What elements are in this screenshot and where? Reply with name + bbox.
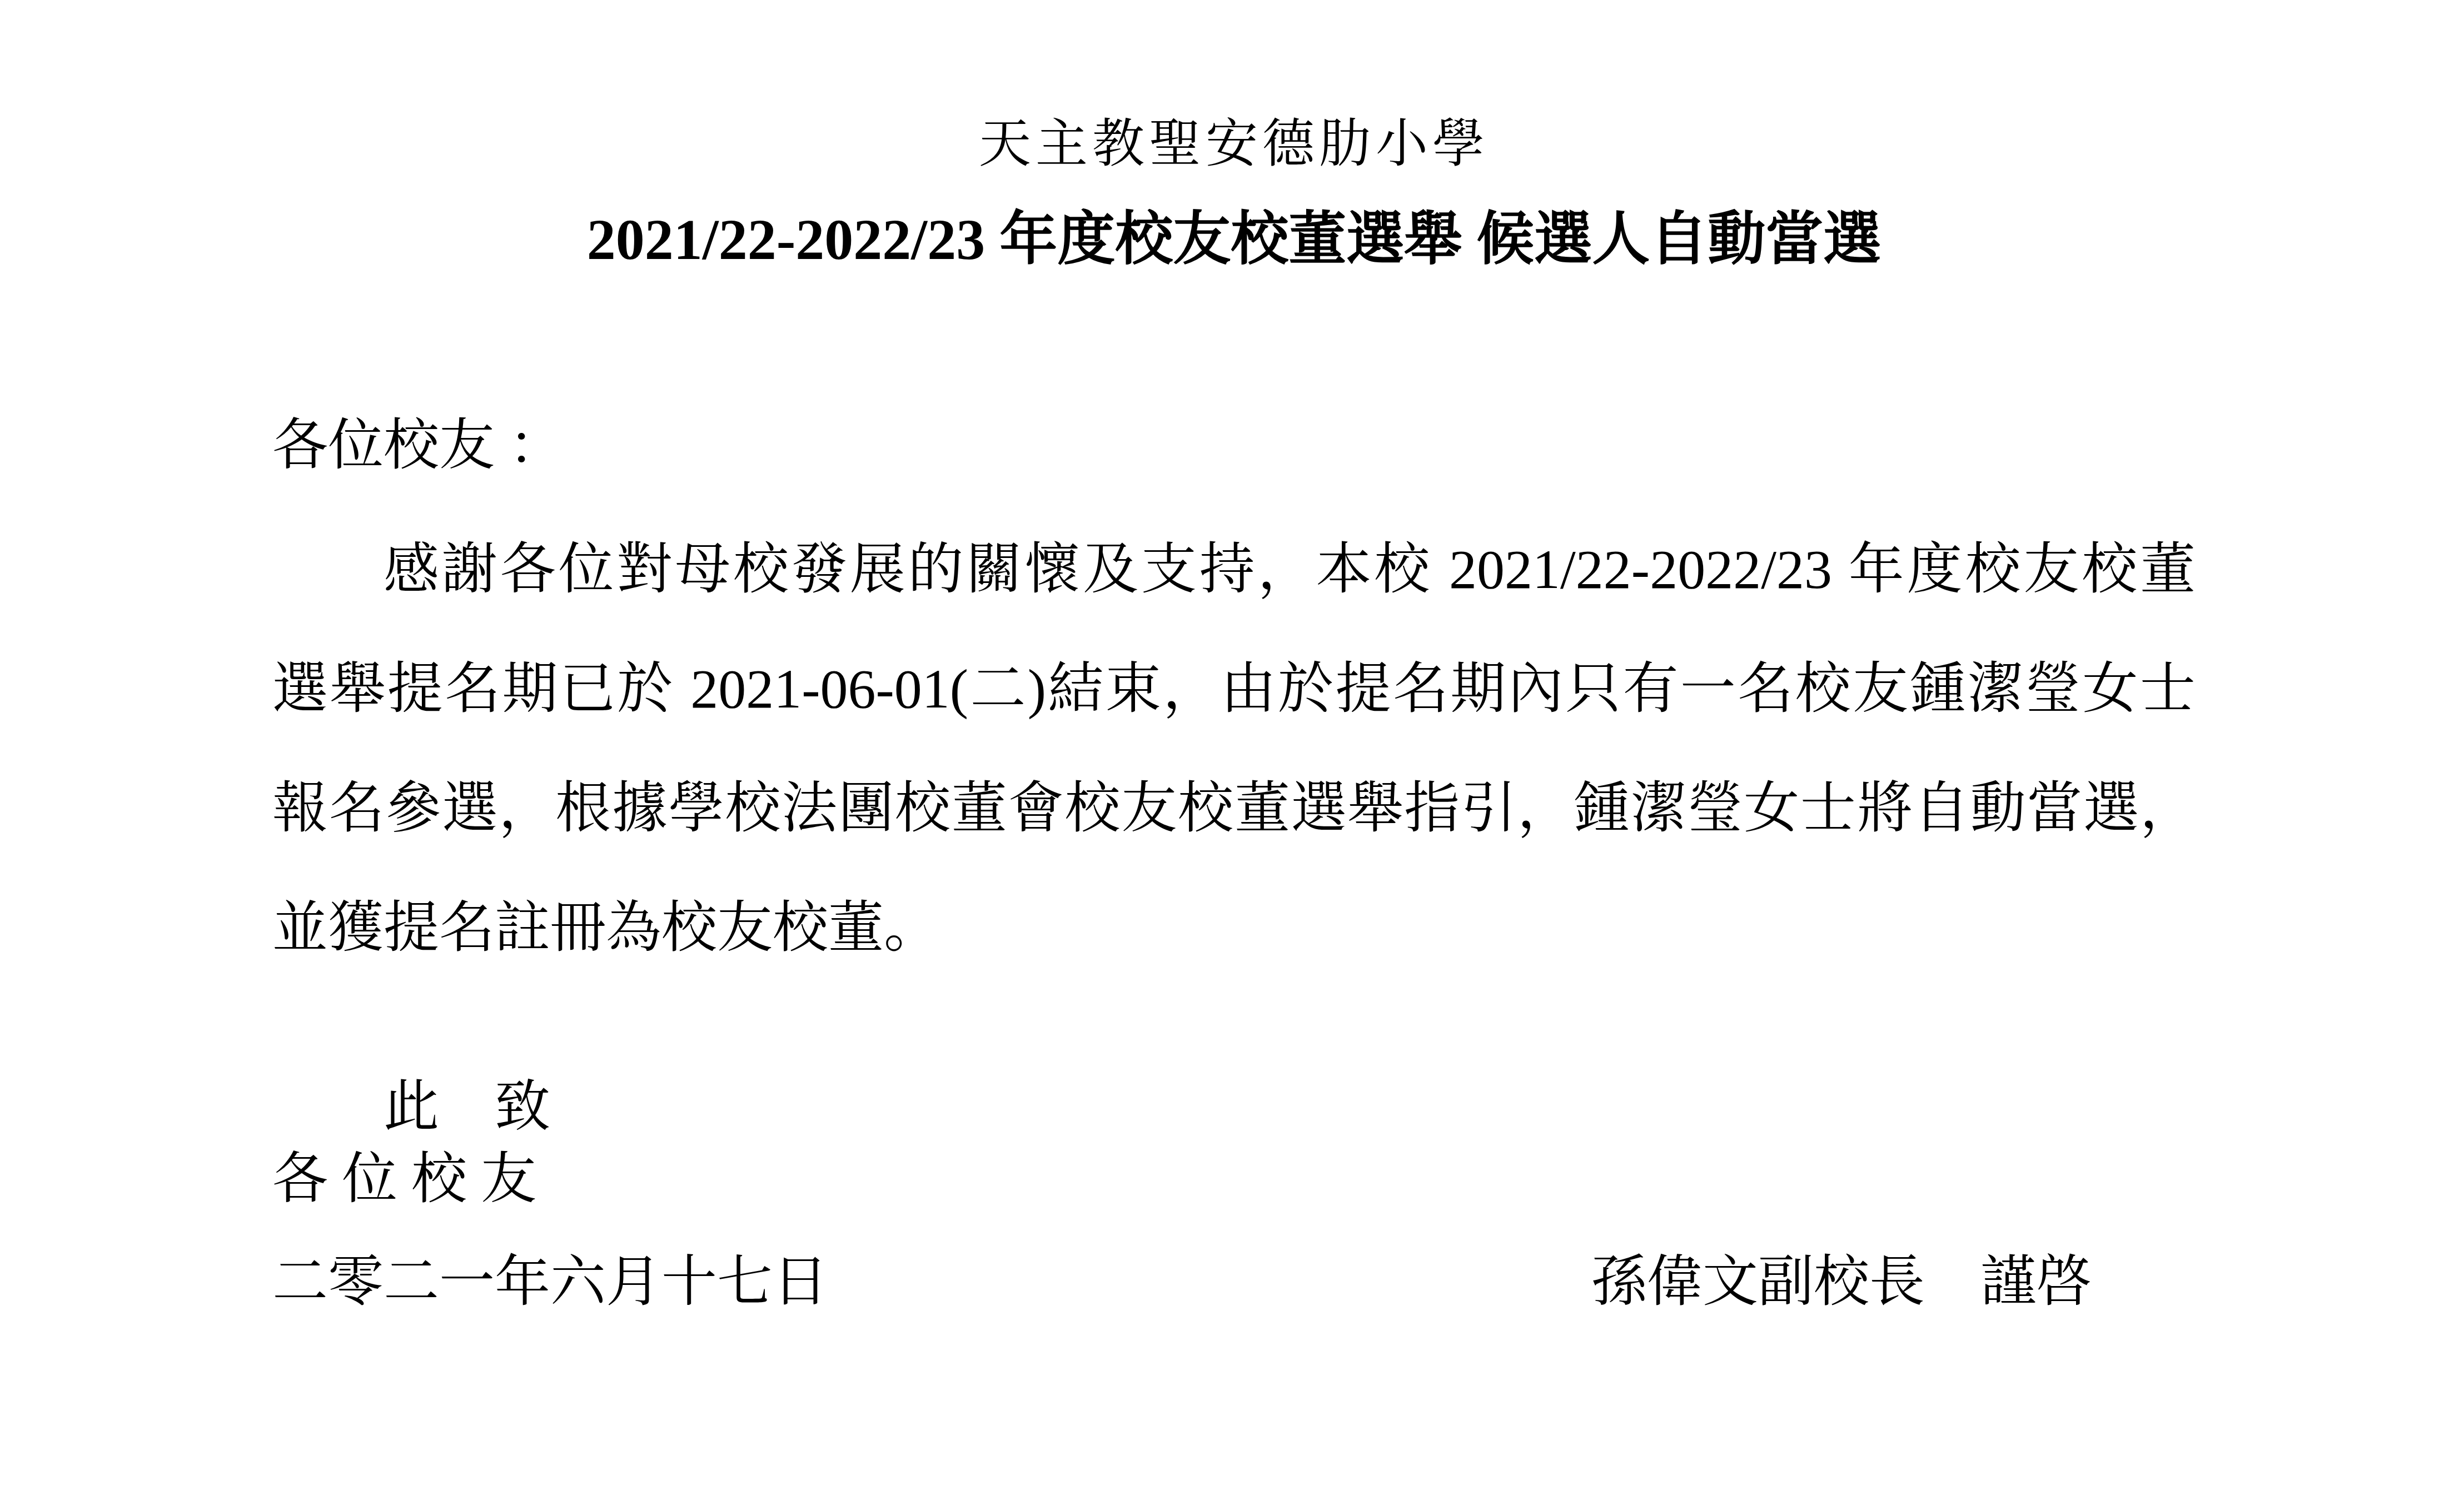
closing-recipient: 各 位 校 友 [272, 1143, 2196, 1215]
school-name-heading: 天主教聖安德肋小學 [272, 114, 2196, 176]
signature: 孫偉文副校長 謹啓 [1591, 1246, 2092, 1318]
letter-page: 天主教聖安德肋小學 2021/22-2022/23 年度校友校董選舉 候選人自動… [0, 0, 2464, 1510]
body-line-1: 感謝各位對母校發展的關懷及支持，本校 2021/22-2022/23 年度校友校… [272, 510, 2196, 629]
date-signature-row: 二零二一年六月十七日 孫偉文副校長 謹啓 [272, 1246, 2196, 1318]
document-title: 2021/22-2022/23 年度校友校董選舉 候選人自動當選 [272, 207, 2196, 273]
closing-block: 此 致 各 位 校 友 [272, 1071, 2196, 1215]
closing-salute: 此 致 [272, 1071, 2196, 1143]
letter-date: 二零二一年六月十七日 [272, 1246, 828, 1318]
salutation: 各位校友 ： [272, 410, 2196, 482]
body-line-3: 報名參選，根據學校法團校董會校友校董選舉指引，鍾潔瑩女士將自動當選， [272, 749, 2196, 868]
body-line-4: 並獲提名註冊為校友校董。 [272, 868, 2196, 988]
body-paragraph: 感謝各位對母校發展的關懷及支持，本校 2021/22-2022/23 年度校友校… [272, 510, 2196, 988]
body-line-2: 選舉提名期已於 2021-06-01(二)結束，由於提名期內只有一名校友鍾潔瑩女… [272, 629, 2196, 749]
